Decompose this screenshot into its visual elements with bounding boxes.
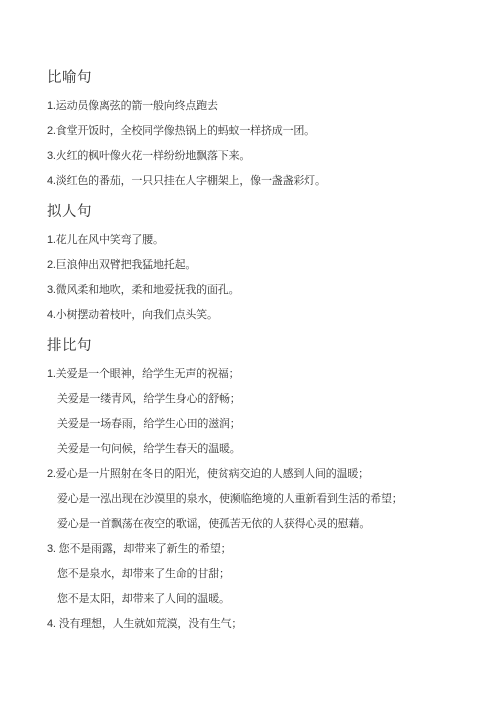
section-heading: 排比句 <box>47 336 458 356</box>
sentence-line: 1.花儿在风中笑弯了腰。 <box>47 233 458 247</box>
sentence-line: 2.巨浪伸出双臂把我猛地托起。 <box>47 258 458 272</box>
sentence-line: 2.食堂开饭时，全校同学像热锅上的蚂蚁一样挤成一团。 <box>47 124 458 138</box>
sentence-line: 3.火红的枫叶像火花一样纷纷地飘落下来。 <box>47 149 458 163</box>
section-simile: 比喻句 1.运动员像离弦的箭一般向终点跑去 2.食堂开饭时，全校同学像热锅上的蚂… <box>47 68 458 188</box>
sentence-line: 4.淡红色的番茄，一只只挂在人字棚架上，像一盏盏彩灯。 <box>47 174 458 188</box>
sentence-line: 关爱是一场春雨，给学生心田的滋润； <box>47 417 458 431</box>
sentence-line: 您不是太阳，却带来了人间的温暖。 <box>47 592 458 606</box>
sentence-line: 1.关爱是一个眼神，给学生无声的祝福； <box>47 367 458 381</box>
sentence-line: 1.运动员像离弦的箭一般向终点跑去 <box>47 99 458 113</box>
section-heading: 比喻句 <box>47 68 458 88</box>
sentence-line: 爱心是一首飘荡在夜空的歌谣，使孤苦无依的人获得心灵的慰藉。 <box>47 517 458 531</box>
sentence-line: 4. 没有理想，人生就如荒漠，没有生气； <box>47 617 458 631</box>
section-parallelism: 排比句 1.关爱是一个眼神，给学生无声的祝福； 关爱是一缕青风，给学生身心的舒畅… <box>47 336 458 631</box>
sentence-line: 您不是泉水，却带来了生命的甘甜； <box>47 567 458 581</box>
sentence-line: 爱心是一泓出现在沙漠里的泉水，使濒临绝境的人重新看到生活的希望； <box>47 492 458 506</box>
section-personification: 拟人句 1.花儿在风中笑弯了腰。 2.巨浪伸出双臂把我猛地托起。 3.微风柔和地… <box>47 202 458 322</box>
sentence-line: 关爱是一句问候，给学生春天的温暖。 <box>47 442 458 456</box>
document-page: 比喻句 1.运动员像离弦的箭一般向终点跑去 2.食堂开饭时，全校同学像热锅上的蚂… <box>0 0 496 702</box>
sentence-line: 4.小树摆动着枝叶，向我们点头笑。 <box>47 308 458 322</box>
sentence-line: 3.微风柔和地吹，柔和地爱抚我的面孔。 <box>47 283 458 297</box>
sentence-line: 关爱是一缕青风，给学生身心的舒畅； <box>47 392 458 406</box>
sentence-line: 2.爱心是一片照射在冬日的阳光，使贫病交迫的人感到人间的温暖； <box>47 467 458 481</box>
section-heading: 拟人句 <box>47 202 458 222</box>
sentence-line: 3. 您不是雨露，却带来了新生的希望； <box>47 542 458 556</box>
